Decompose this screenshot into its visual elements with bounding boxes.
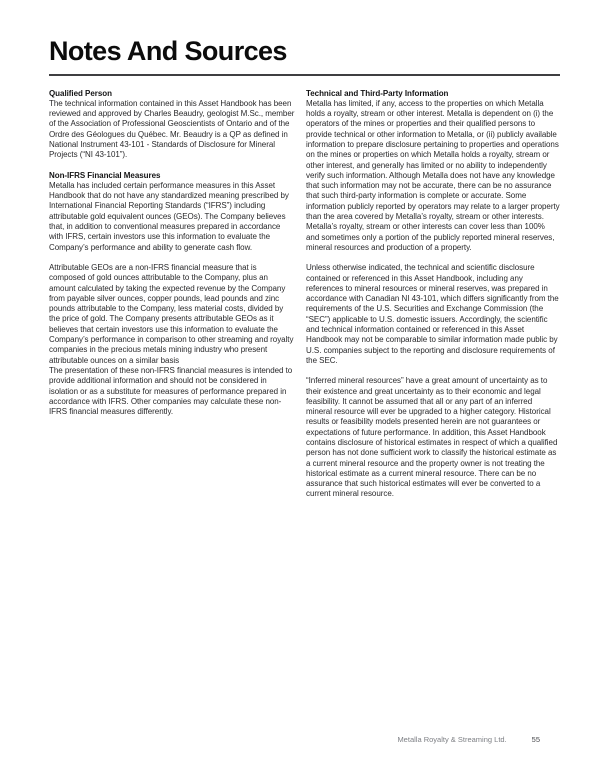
section-qualified-person: Qualified Person The technical informati… xyxy=(49,89,295,161)
document-page: Notes And Sources Qualified Person The t… xyxy=(0,0,600,776)
content-columns: Qualified Person The technical informati… xyxy=(49,89,560,500)
page-header: Notes And Sources xyxy=(49,36,560,76)
title-divider xyxy=(49,74,560,76)
page-footer: Metalla Royalty & Streaming Ltd. 55 xyxy=(397,735,540,744)
paragraph-qualified-person: The technical information contained in t… xyxy=(49,99,295,161)
left-column: Qualified Person The technical informati… xyxy=(49,89,295,500)
section-heading-technical-third-party: Technical and Third-Party Information xyxy=(306,89,560,99)
section-heading-qualified-person: Qualified Person xyxy=(49,89,295,99)
section-heading-non-ifrs-measures: Non-IFRS Financial Measures xyxy=(49,171,295,181)
paragraph-ni-43-101-disclosure: Unless otherwise indicated, the technica… xyxy=(306,263,560,366)
page-title: Notes And Sources xyxy=(49,36,560,66)
paragraph-inferred-resources: “Inferred mineral resources” have a grea… xyxy=(306,376,560,500)
paragraph-attributable-geos: Attributable GEOs are a non-IFRS financi… xyxy=(49,263,295,366)
right-column: Technical and Third-Party Information Me… xyxy=(306,89,560,500)
page-content: Notes And Sources Qualified Person The t… xyxy=(49,36,560,500)
paragraph-third-party-info: Metalla has limited, if any, access to t… xyxy=(306,99,560,253)
footer-company-name: Metalla Royalty & Streaming Ltd. xyxy=(397,735,506,744)
paragraph-non-ifrs-presentation: The presentation of these non-IFRS finan… xyxy=(49,366,295,417)
section-technical-third-party: Technical and Third-Party Information Me… xyxy=(306,89,560,500)
section-non-ifrs-measures: Non-IFRS Financial Measures Metalla has … xyxy=(49,171,295,418)
footer-page-number: 55 xyxy=(532,735,540,744)
paragraph-non-ifrs-intro: Metalla has included certain performance… xyxy=(49,181,295,253)
